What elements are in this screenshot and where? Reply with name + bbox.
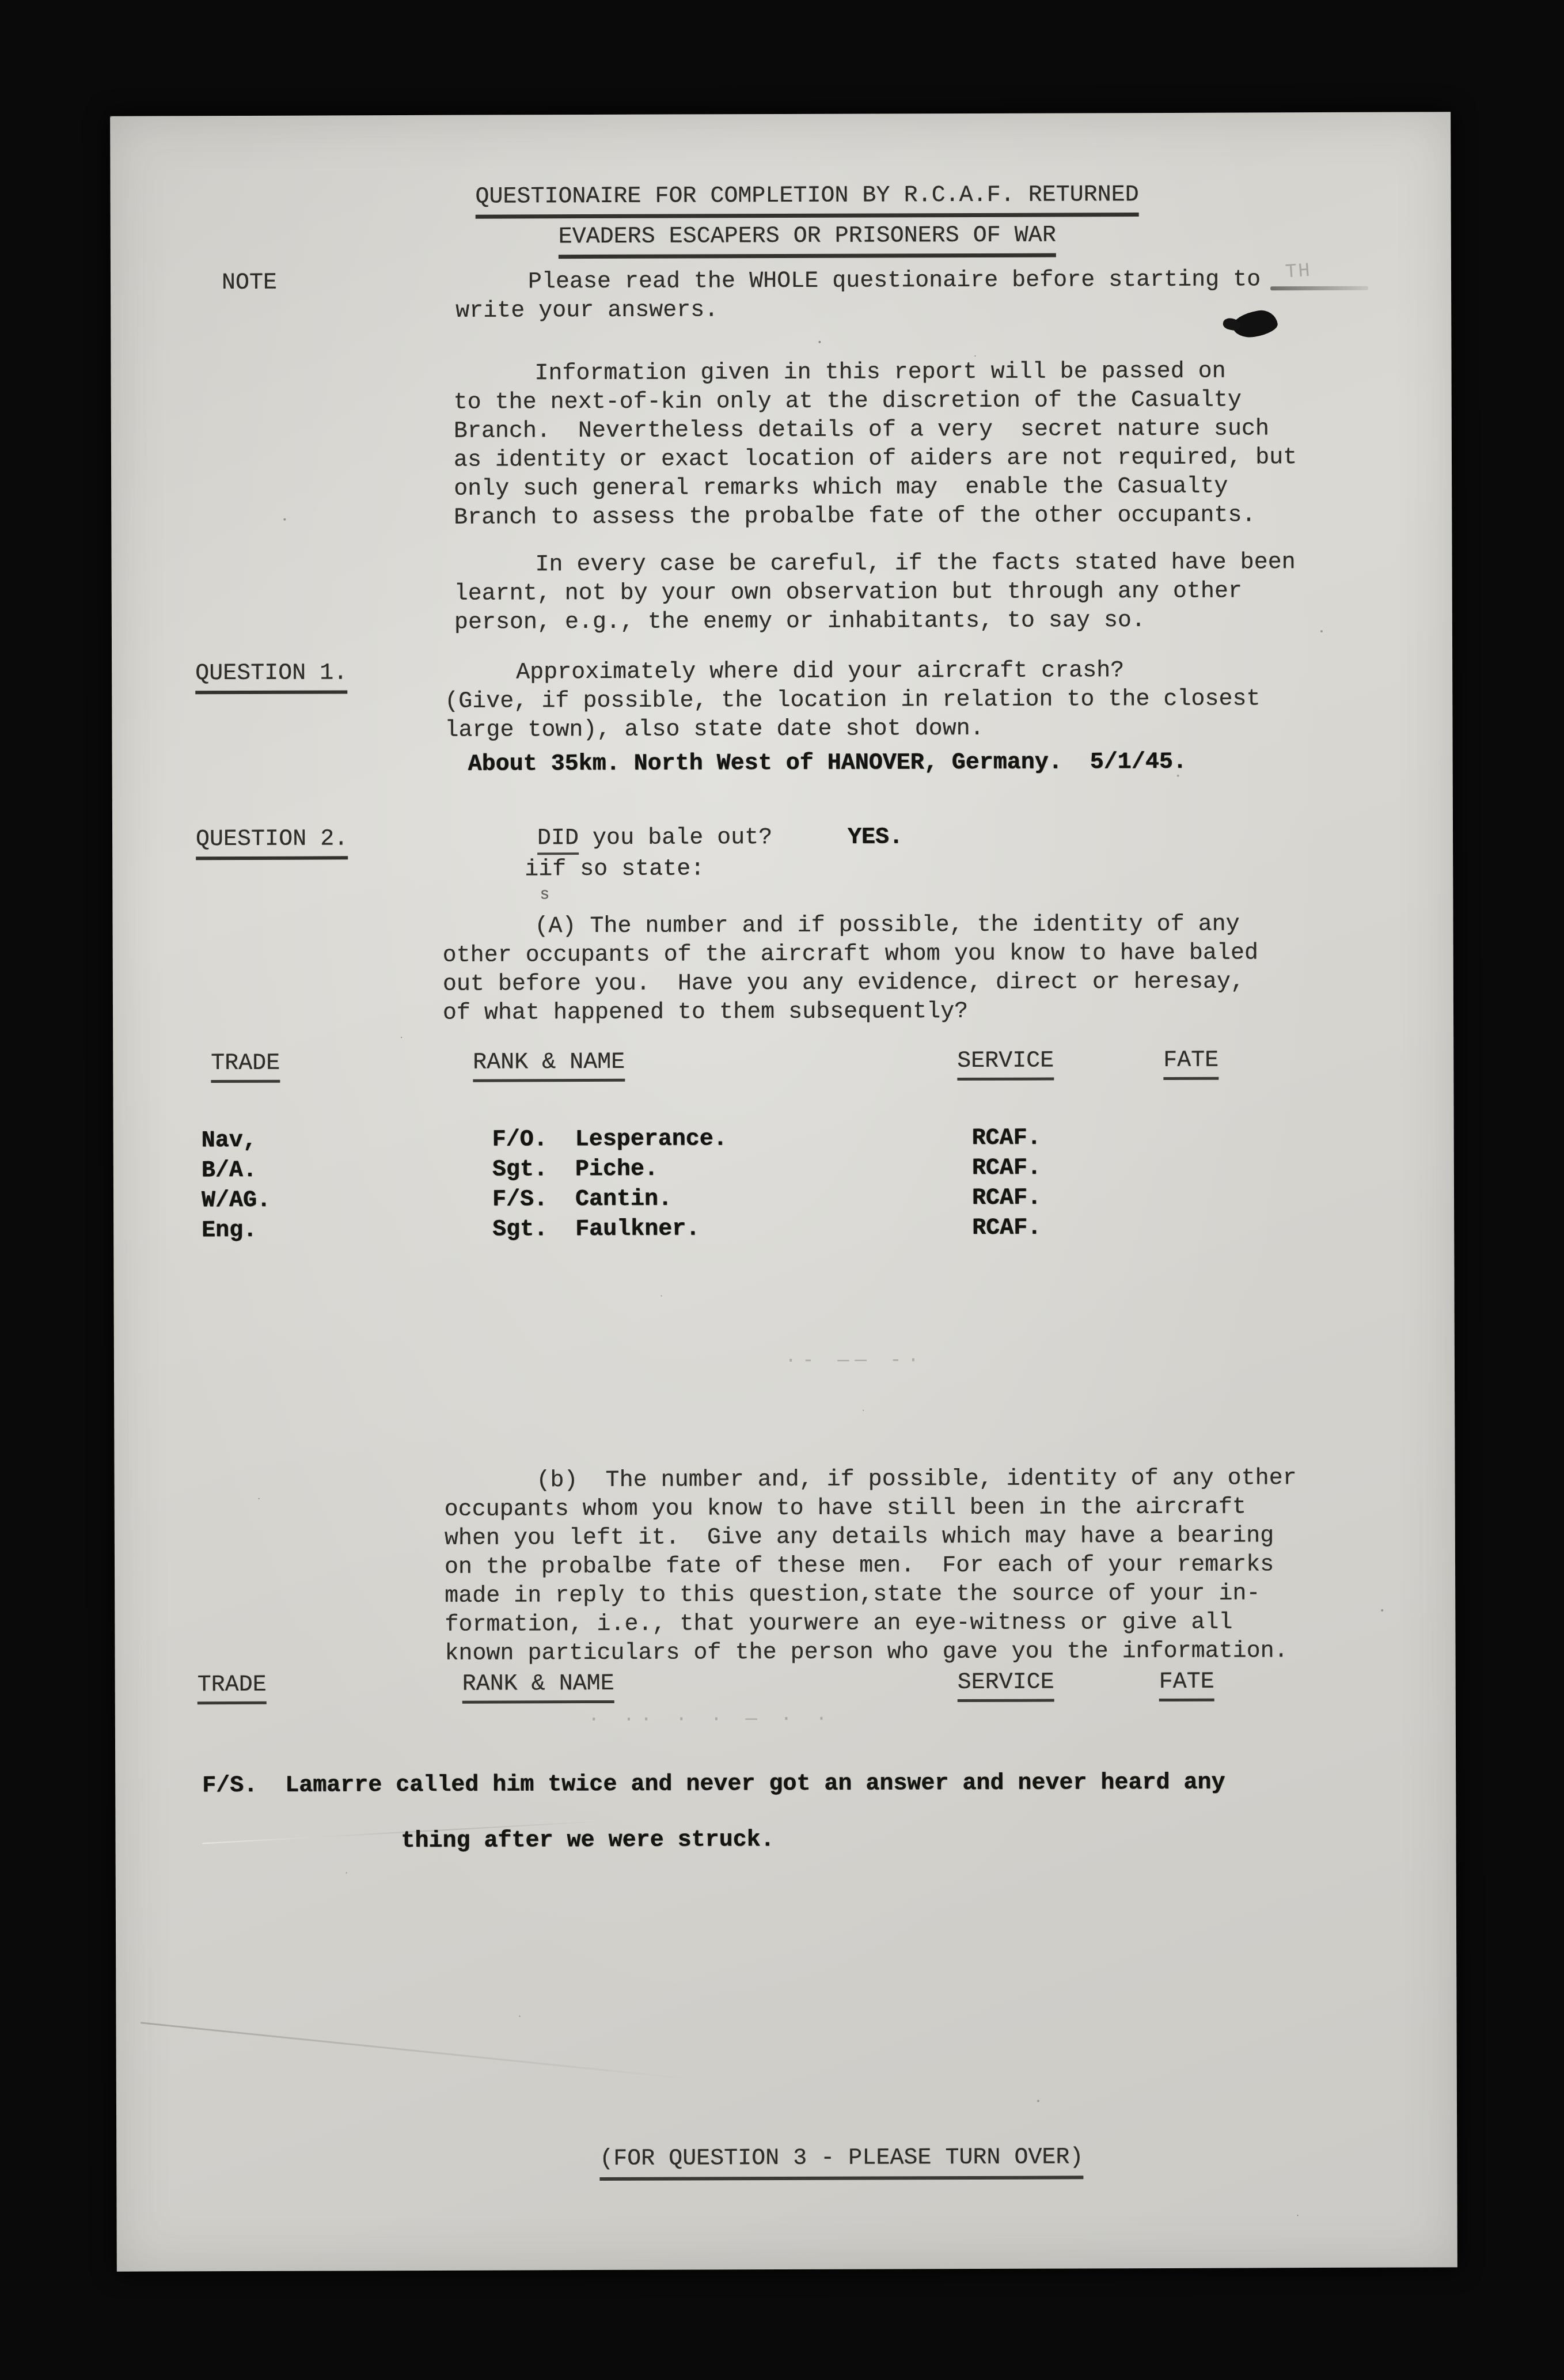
question2-yes-answer: YES. xyxy=(848,823,903,852)
question1-answer: About 35km. North West of HANOVER, Germa… xyxy=(468,748,1366,779)
question2-part-b-answer-line1: F/S. Lamarre called him twice and never … xyxy=(202,1768,1411,1801)
table-a-row3-rank: Sgt. Faulkner. xyxy=(492,1215,700,1244)
scanned-page-background: { "colors": { "background": "#0a0a0a", "… xyxy=(0,0,1564,2380)
question2-part-b-text: (b) The number and, if possible, identit… xyxy=(444,1464,1377,1669)
table-a-row: B/A. Sgt. Piche. RCAF. xyxy=(110,112,1451,116)
question1-label-text: QUESTION 1. xyxy=(195,659,347,694)
table-a-header-rank-name: RANK & NAME xyxy=(473,1048,625,1082)
question1-label: QUESTION 1. xyxy=(195,659,347,694)
table-a-row3-trade: Eng. xyxy=(202,1216,257,1245)
table-b-header-fate: FATE xyxy=(1159,1668,1214,1701)
table-a-row0-trade: Nav, xyxy=(202,1127,257,1155)
table-a-row0-service: RCAF. xyxy=(972,1124,1041,1153)
ink-smear xyxy=(1270,286,1368,291)
question2-stray-mark: s xyxy=(540,881,549,909)
question2-part-b-answer-line2: thing after we were struck. xyxy=(401,1824,1322,1856)
paper-crease xyxy=(141,2022,702,2080)
table-a-row: Eng. Sgt. Faulkner. RCAF. xyxy=(110,112,1451,116)
ghost-dots: · ·· · · — · · xyxy=(588,1705,833,1734)
table-a-row1-service: RCAF. xyxy=(972,1154,1041,1183)
table-a-row: Nav, F/O. Lesperance. RCAF. xyxy=(110,112,1451,116)
questionnaire-page: QUESTIONAIRE FOR COMPLETION BY R.C.A.F. … xyxy=(110,112,1457,2271)
note-label: NOTE xyxy=(222,269,277,298)
table-a-row3-service: RCAF. xyxy=(972,1214,1041,1243)
title-line-2: EVADERS ESCAPERS OR PRISONERS OF WAR xyxy=(559,222,1056,259)
question2-label-text: QUESTION 2. xyxy=(196,825,348,860)
table-a-row2-trade: W/AG. xyxy=(202,1187,271,1215)
table-a-header-fate: FATE xyxy=(1163,1047,1218,1080)
footer-turn-over-note: (FOR QUESTION 3 - PLEASE TURN OVER) xyxy=(599,2143,1083,2181)
table-a-header-service: SERVICE xyxy=(957,1047,1054,1081)
pencil-mark: TH xyxy=(1284,257,1312,287)
table-a-row0-rank: F/O. Lesperance. xyxy=(492,1125,727,1154)
table-b-header-rank-name: RANK & NAME xyxy=(462,1670,614,1704)
table-b-header-service: SERVICE xyxy=(958,1669,1054,1703)
question2-label: QUESTION 2. xyxy=(196,825,348,860)
question2-did-line: DID you bale out? xyxy=(537,824,772,853)
note-paragraph-1: Please read the WHOLE questionaire befor… xyxy=(455,266,1331,326)
table-a-row: W/AG. F/S. Cantin. RCAF. xyxy=(110,112,1451,116)
question2-part-a-text: (A) The number and if possible, the iden… xyxy=(442,910,1364,1028)
table-a-row1-rank: Sgt. Piche. xyxy=(492,1155,658,1185)
question2-if-so-line: iif so state: xyxy=(525,855,704,884)
table-a-row2-service: RCAF. xyxy=(972,1184,1041,1213)
question2-did-rest: you bale out? xyxy=(579,825,772,851)
note-paragraph-3: In every case be careful, if the facts s… xyxy=(454,548,1353,638)
table-a-header-trade: TRADE xyxy=(211,1049,280,1083)
footer-turn-over-text: (FOR QUESTION 3 - PLEASE TURN OVER) xyxy=(599,2143,1083,2181)
title-line-1: QUESTIONAIRE FOR COMPLETION BY R.C.A.F. … xyxy=(475,181,1138,219)
table-a-header-row: TRADE RANK & NAME SERVICE FATE xyxy=(110,112,1451,116)
table-b-header-trade: TRADE xyxy=(198,1671,267,1704)
question1-text: Approximately where did your aircraft cr… xyxy=(445,656,1343,745)
table-a-row2-rank: F/S. Cantin. xyxy=(492,1185,672,1215)
faint-smudge: ·- —— -· xyxy=(785,1346,925,1375)
table-a-row1-trade: B/A. xyxy=(202,1157,257,1185)
paper-specks xyxy=(110,116,111,118)
table-b-header-row: TRADE RANK & NAME SERVICE FATE xyxy=(110,112,1451,116)
note-paragraph-2: Information given in this report will be… xyxy=(453,357,1352,533)
document-title: QUESTIONAIRE FOR COMPLETION BY R.C.A.F. … xyxy=(386,181,1227,264)
question2-did-word: DID xyxy=(537,825,579,855)
